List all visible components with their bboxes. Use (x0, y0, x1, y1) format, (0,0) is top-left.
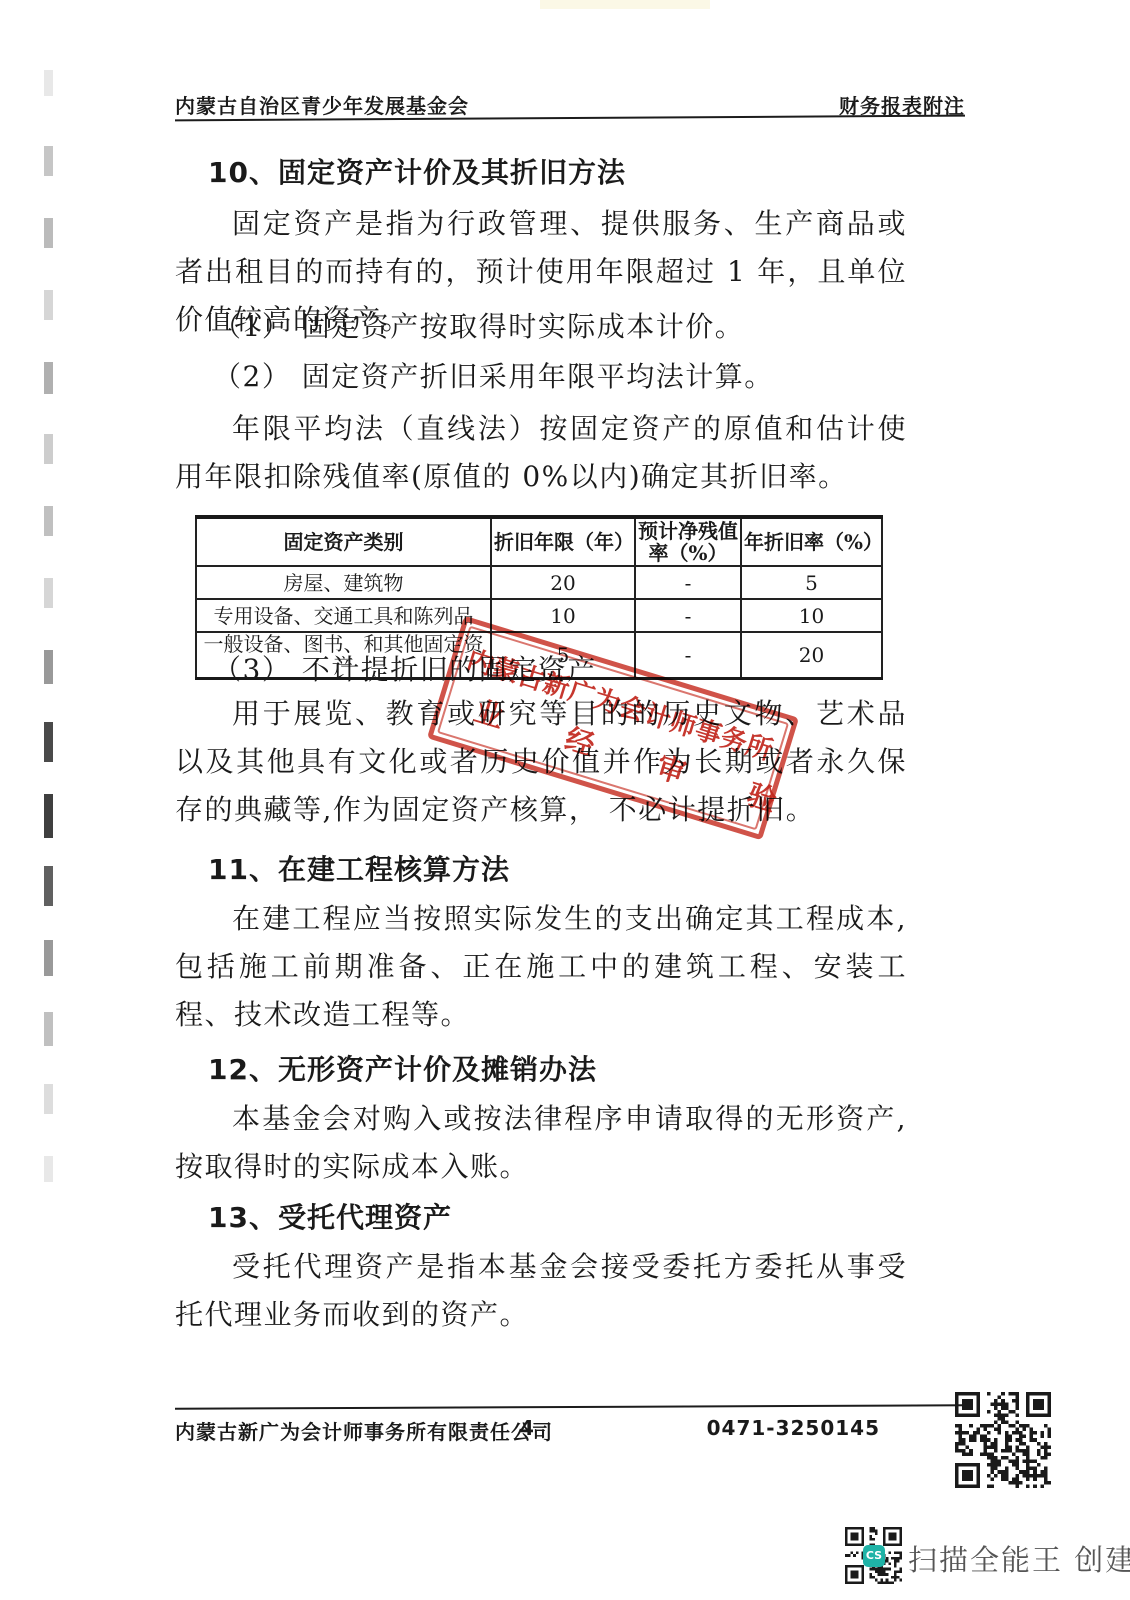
scan-mark (44, 70, 53, 96)
scan-mark (44, 1012, 53, 1046)
table-cell: - (635, 599, 741, 632)
footer-page-number: 4 (520, 1416, 535, 1440)
scan-mark (44, 218, 53, 248)
section-10-item-1: （1） 固定资产按取得时实际成本计价。 (213, 312, 744, 342)
scan-mark (44, 146, 53, 176)
camscanner-watermark-text: 扫描全能王 创建 (908, 1538, 1130, 1579)
scan-artifact-band (540, 0, 710, 9)
scan-mark (44, 578, 53, 608)
section-11-title: 11、在建工程核算方法 (208, 855, 510, 885)
scan-mark (44, 362, 53, 394)
table-cell: 5 (741, 566, 882, 599)
scan-mark (44, 866, 53, 906)
table-cell: 房屋、建筑物 (196, 566, 491, 599)
table-cell: 20 (491, 566, 635, 599)
scan-mark (44, 650, 53, 684)
table-header-cell: 固定资产类别 (196, 517, 491, 566)
table-header-cell: 折旧年限（年） (491, 517, 635, 566)
table-header-cell: 预计净残值率（%） (635, 517, 741, 566)
scan-mark (44, 506, 53, 536)
scan-mark (44, 722, 53, 762)
table-cell: 10 (491, 599, 635, 632)
scanned-document-page: 内蒙古自治区青少年发展基金会 财务报表附注 10、固定资产计价及其折旧方法 固定… (0, 0, 1130, 1600)
table-header-cell: 年折旧率（%） (741, 517, 882, 566)
footer-rule (175, 1404, 965, 1409)
scan-mark (44, 940, 53, 976)
section-10-paragraph-2: 年限平均法（直线法）按固定资产的原值和估计使用年限扣除残值率(原值的 0%以内)… (175, 405, 907, 501)
scan-mark (44, 434, 53, 464)
page-qr-code (955, 1392, 1051, 1488)
footer-phone: 0471-3250145 (707, 1416, 880, 1440)
camscanner-logo: CS (863, 1545, 885, 1567)
section-12-paragraph-1: 本基金会对购入或按法律程序申请取得的无形资产,按取得时的实际成本入账。 (175, 1095, 907, 1191)
section-13-paragraph-1: 受托代理资产是指本基金会接受委托方委托从事受托代理业务而收到的资产。 (175, 1243, 907, 1339)
scan-mark (44, 794, 53, 838)
table-cell: 20 (741, 632, 882, 679)
table-row: 专用设备、交通工具和陈列品 10 - 10 (196, 599, 882, 632)
section-10-title: 10、固定资产计价及其折旧方法 (208, 158, 626, 188)
section-11-paragraph-1: 在建工程应当按照实际发生的支出确定其工程成本,包括施工前期准备、正在施工中的建筑… (175, 895, 907, 1039)
table-cell: - (635, 632, 741, 679)
table-cell: 10 (741, 599, 882, 632)
table-cell: - (635, 566, 741, 599)
scan-mark (44, 1156, 53, 1182)
section-12-title: 12、无形资产计价及摊销办法 (208, 1055, 597, 1085)
table-header-row: 固定资产类别 折旧年限（年） 预计净残值率（%） 年折旧率（%） (196, 517, 882, 566)
table-cell: 专用设备、交通工具和陈列品 (196, 599, 491, 632)
header-org-name: 内蒙古自治区青少年发展基金会 (175, 90, 469, 119)
section-10-item-2: （2） 固定资产折旧采用年限平均法计算。 (213, 362, 774, 392)
scan-mark (44, 290, 53, 320)
footer-company: 内蒙古新广为会计师事务所有限责任公司 (175, 1416, 553, 1445)
table-row: 房屋、建筑物 20 - 5 (196, 566, 882, 599)
section-13-title: 13、受托代理资产 (208, 1203, 452, 1233)
scan-mark (44, 1084, 53, 1114)
